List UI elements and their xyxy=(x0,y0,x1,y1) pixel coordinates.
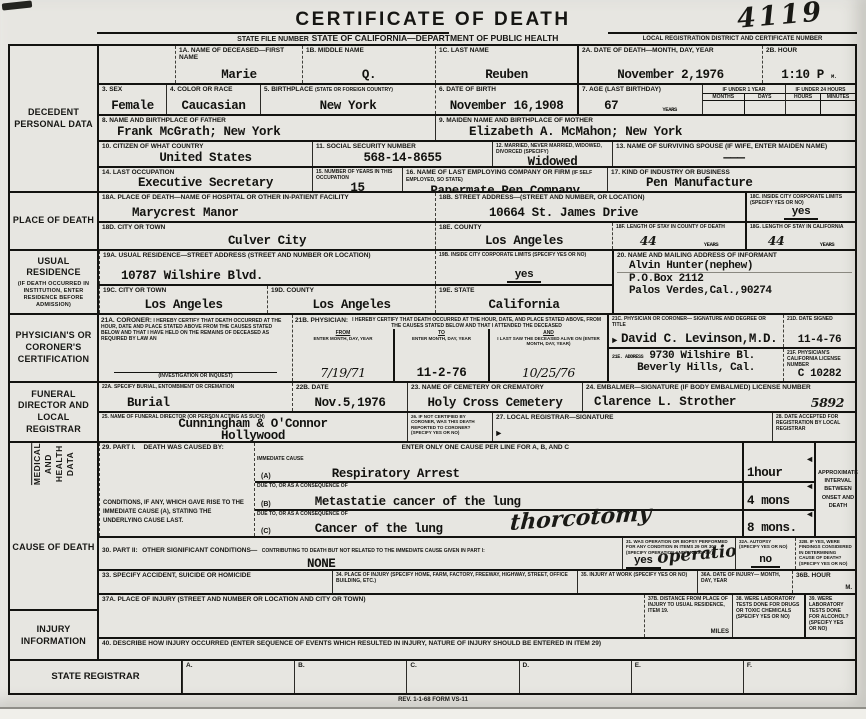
field-27-value: ► xyxy=(496,426,769,440)
field-7-value: 67YEARS xyxy=(582,99,699,113)
registrar-cell-b: B. xyxy=(294,661,406,693)
field-21d-label: 21D. DATE SIGNED xyxy=(787,316,852,322)
field-37a: 37A. PLACE OF INJURY (STREET AND NUMBER … xyxy=(99,595,644,637)
field-18g-value: 44YEARS xyxy=(750,233,852,248)
interval-note-text: APPROXIMATE INTERVAL BETWEEN ONSET AND D… xyxy=(818,469,858,510)
field-19d-value: Los Angeles xyxy=(271,298,432,312)
field-34: 34. PLACE OF INJURY (SPECIFY HOME, FARM,… xyxy=(332,571,577,593)
field-2b: 2B. HOUR1:10 P M. xyxy=(762,46,855,83)
field-36a-label: 36A. DATE OF INJURY— MONTH, DAY, YEAR xyxy=(701,572,789,584)
field-11-value: 568-14-8655 xyxy=(316,151,489,165)
field-18c-answer: yes xyxy=(784,206,819,220)
field-9-label: 9. MAIDEN NAME AND BIRTHPLACE OF MOTHER xyxy=(439,117,852,124)
part1-instruction: ENTER ONLY ONE CAUSE PER LINE FOR A, B, … xyxy=(232,444,739,451)
field-1c-label: 1C. LAST NAME xyxy=(439,47,574,54)
field-16-value: Papermate Pen Company xyxy=(406,184,604,191)
field-15-label: 15. NUMBER OF YEARS IN THIS OCCUPATION xyxy=(316,169,399,181)
registrar-cell-b-label: B. xyxy=(298,662,403,669)
under-24-hours-label: IF UNDER 24 HOURS xyxy=(786,85,855,94)
field-13-label: 13. NAME OF SURVIVING SPOUSE (IF WIFE, E… xyxy=(616,143,852,150)
registrar-signature-arrow-icon: ► xyxy=(496,429,501,439)
row-usual-residence: 19A. USUAL RESIDENCE—STREET ADDRESS (STR… xyxy=(99,249,855,313)
field-7-label: 7. AGE (LAST BIRTHDAY) xyxy=(582,86,699,93)
field-39: 39. WERE LABORATORY TESTS DONE FOR ALCOH… xyxy=(804,595,855,637)
field-27: 27. LOCAL REGISTRAR—SIGNATURE► xyxy=(492,413,772,441)
local-registration-label: LOCAL REGISTRATION DISTRICT AND CERTIFIC… xyxy=(608,32,857,42)
months-label: MONTHS xyxy=(703,94,744,101)
part1-caused-by: DEATH WAS CAUSED BY: xyxy=(143,444,223,451)
field-17-label: 17. KIND OF INDUSTRY OR BUSINESS xyxy=(611,169,852,176)
field-19e-value: California xyxy=(439,298,609,312)
field-3-label: 3. SEX xyxy=(102,86,163,93)
section-physician-certification: PHYSICIAN'S OR CORONER'S CERTIFICATION xyxy=(10,313,97,381)
field-7: 7. AGE (LAST BIRTHDAY)67YEARS xyxy=(577,85,702,114)
field-6-value: November 16,1908 xyxy=(439,99,574,113)
usual-residence-title: USUAL RESIDENCE xyxy=(12,256,95,279)
field-35: 35. INJURY AT WORK (SPECIFY YES OR NO) xyxy=(577,571,697,593)
field-28: 28. DATE ACCEPTED FOR REGISTRATION BY LO… xyxy=(772,413,855,441)
registrar-cell-a-label: A. xyxy=(186,662,291,669)
county-stay-value: 44 xyxy=(640,233,657,248)
field-18g-label: 18G. LENGTH OF STAY IN CALIFORNIA xyxy=(750,224,852,230)
field-21c-label: 21C. PHYSICIAN OR CORONER— SIGNATURE AND… xyxy=(612,316,780,328)
field-21d: 21D. DATE SIGNED11-4-76 xyxy=(783,315,855,347)
field-26: 26. IF NOT CERTIFIED BY CORONER, WAS THI… xyxy=(407,413,492,441)
signature-arrow-icon: ► xyxy=(612,337,617,346)
field-21e: 21E. ADDRESS 9730 Wilshire Bl. Beverly H… xyxy=(609,349,783,381)
field-22b-value: Nov.5,1976 xyxy=(296,396,404,410)
row-sex-race-birth: 3. SEXFemale 4. COLOR OR RACECaucasian 5… xyxy=(99,83,855,114)
field-5-label: 5. BIRTHPLACE (STATE OR FOREIGN COUNTRY) xyxy=(264,86,432,93)
field-21f-value: C 10282 xyxy=(787,368,852,380)
row-state-registrar: STATE REGISTRAR A. B. C. D. E. F. xyxy=(10,659,855,693)
field-21c: 21C. PHYSICIAN OR CORONER— SIGNATURE AND… xyxy=(609,315,783,347)
field-32b: 32B. IF YES, WERE FINDINGS CONSIDERED IN… xyxy=(795,538,855,569)
last-saw-label: I LAST SAW THE DECEASED ALIVE ON (ENTER … xyxy=(493,336,604,347)
field-3-value: Female xyxy=(102,99,163,113)
section-sidebar: DECEDENT PERSONAL DATA PLACE OF DEATH US… xyxy=(10,46,99,659)
field-9: 9. MAIDEN NAME AND BIRTHPLACE OF MOTHERE… xyxy=(435,116,855,140)
field-1b-value: Q. xyxy=(306,68,432,82)
minutes-cell: MINUTES xyxy=(821,94,855,114)
field-18a: 18A. PLACE OF DEATH—NAME OF HOSPITAL OR … xyxy=(99,193,435,221)
field-under-24-hours: IF UNDER 24 HOURS HOURS MINUTES xyxy=(785,85,855,114)
section-decedent-personal-data: DECEDENT PERSONAL DATA xyxy=(10,46,97,191)
field-21f: 21F. PHYSICIAN'S CALIFORNIA LICENSE NUMB… xyxy=(783,349,855,381)
row-certification: 21A. CORONER: I HEREBY CERTIFY THAT DEAT… xyxy=(99,313,855,381)
attended-to: TO ENTER MONTH, DAY, YEAR 11-2-76 xyxy=(393,329,488,381)
cause-c-tag: (C) xyxy=(261,528,271,535)
conditions-note: CONDITIONS, IF ANY, WHICH GAVE RISE TO T… xyxy=(99,443,254,536)
field-1c-value: Reuben xyxy=(439,68,574,82)
registrar-cell-c-label: C. xyxy=(410,662,515,669)
field-9-value: Elizabeth A. McMahon; New York xyxy=(439,125,852,139)
field-18f-value: 44YEARS xyxy=(616,233,742,248)
field-19d: 19D. COUNTYLos Angeles xyxy=(267,286,435,313)
row-occupation: 14. LAST OCCUPATIONExecutive Secretary 1… xyxy=(99,166,855,191)
field-30-value: NONE xyxy=(307,557,619,569)
field-40-label: 40. DESCRIBE HOW INJURY OCCURRED (ENTER … xyxy=(102,640,852,647)
field-38: 38. WERE LABORATORY TESTS DONE FOR DRUGS… xyxy=(732,595,804,637)
field-2a-value: November 2,1976 xyxy=(582,68,759,82)
signature-block: 21C. PHYSICIAN OR CORONER— SIGNATURE AND… xyxy=(607,315,855,381)
interval-arrow-a-icon: ◄ xyxy=(805,455,814,464)
state-registrar-label: STATE REGISTRAR xyxy=(10,661,182,693)
usual-residence-note: (IF DEATH OCCURRED IN INSTITUTION, ENTER… xyxy=(12,281,95,309)
due-to-label-b: DUE TO, OR AS A CONSEQUENCE OF xyxy=(257,483,740,489)
field-32a-value: no xyxy=(739,554,792,568)
field-2b-value: 1:10 P M. xyxy=(766,68,852,82)
field-6-label: 6. DATE OF BIRTH xyxy=(439,86,574,93)
field-36b-meridiem: M. xyxy=(845,585,852,591)
interval-b-value: 4 mons xyxy=(747,494,790,508)
under-1-year-cells: MONTHS DAYS xyxy=(703,94,785,114)
under-24-hours-cells: HOURS MINUTES xyxy=(786,94,855,114)
field-18b-label: 18B. STREET ADDRESS—(STREET AND NUMBER, … xyxy=(439,194,742,201)
medical-health-data-vertical-label: MEDICAL AND HEALTH DATA xyxy=(31,443,76,485)
field-17-value: Pen Manufacture xyxy=(611,176,852,190)
field-21a: 21A. CORONER: I HEREBY CERTIFY THAT DEAT… xyxy=(99,315,292,381)
part2-label: OTHER SIGNIFICANT CONDITIONS— xyxy=(142,547,257,554)
row-name-and-date: 1A. NAME OF DECEASED—FIRST NAMEMarie 1B.… xyxy=(99,46,855,83)
field-21b: 21B. PHYSICIAN: I HEREBY CERTIFY THAT DE… xyxy=(292,315,607,381)
cause-a-entry: (A)Respiratory Arrest xyxy=(257,467,740,481)
field-22b: 22B. DATENov.5,1976 xyxy=(292,383,407,411)
field-19b: 19B. INSIDE CITY CORPORATE LIMITS (SPECI… xyxy=(435,251,612,284)
field-18e-value: Los Angeles xyxy=(439,234,609,248)
field-19e-label: 19E. STATE xyxy=(439,287,609,294)
under-1-year-label: IF UNDER 1 YEAR xyxy=(703,85,785,94)
part2-number: 30. PART II: xyxy=(102,547,138,554)
field-8-label: 8. NAME AND BIRTHPLACE OF FATHER xyxy=(102,117,432,124)
field-14-label: 14. LAST OCCUPATION xyxy=(102,169,309,176)
field-22a: 22A. SPECIFY BURIAL, ENTOMBMENT OR CREMA… xyxy=(99,383,292,411)
field-18g: 18G. LENGTH OF STAY IN CALIFORNIA44YEARS xyxy=(745,223,855,249)
field-22a-label: 22A. SPECIFY BURIAL, ENTOMBMENT OR CREMA… xyxy=(102,384,289,390)
field-36b: 36B. HOURM. xyxy=(792,571,855,593)
due-to-label-c: DUE TO, OR AS A CONSEQUENCE OF xyxy=(257,511,740,517)
ca-stay-unit: YEARS xyxy=(820,241,835,248)
field-36b-label: 36B. HOUR xyxy=(796,572,852,579)
field-19a-value: 10787 Wilshire Blvd. xyxy=(103,269,432,283)
field-37b-unit: MILES xyxy=(711,629,729,635)
field-32b-label: 32B. IF YES, WERE FINDINGS CONSIDERED IN… xyxy=(799,539,852,566)
field-2a: 2A. DATE OF DEATH—MONTH, DAY, YEARNovemb… xyxy=(577,46,762,83)
inquest-line-group: (INVESTIGATION OR INQUEST) xyxy=(101,372,290,379)
informant-address-1: P.O.Box 2112 xyxy=(617,273,852,285)
last-saw-alive: AND I LAST SAW THE DECEASED ALIVE ON (EN… xyxy=(488,329,607,381)
field-22a-value: Burial xyxy=(102,396,289,410)
row-cause-of-death: 29. PART I. DEATH WAS CAUSED BY: ENTER O… xyxy=(99,441,855,536)
field-20-label: 20. NAME AND MAILING ADDRESS OF INFORMAN… xyxy=(617,252,852,259)
field-23-label: 23. NAME OF CEMETERY OR CREMATORY xyxy=(411,384,579,391)
field-1a-value: Marie xyxy=(179,68,299,82)
form-revision-footer: REV. 1-1-68 FORM VS-11 xyxy=(0,697,866,703)
field-10-value: United States xyxy=(102,151,309,165)
field-11-label: 11. SOCIAL SECURITY NUMBER xyxy=(316,143,489,150)
interval-c-value: 8 mons. xyxy=(747,521,797,535)
part1-number: 29. PART I. xyxy=(102,444,135,451)
age-unit: YEARS xyxy=(662,106,677,113)
field-15: 15. NUMBER OF YEARS IN THIS OCCUPATION15 xyxy=(312,168,402,191)
section-place-of-death: PLACE OF DEATH xyxy=(10,191,97,249)
attended-dates: FROM ENTER MONTH, DAY, YEAR 7/19/71 TO E… xyxy=(293,329,607,381)
field-33: 33. SPECIFY ACCIDENT, SUICIDE OR HOMICID… xyxy=(99,571,332,593)
field-1a-label: 1A. NAME OF DECEASED—FIRST NAME xyxy=(179,47,299,62)
field-24-label: 24. EMBALMER—SIGNATURE (IF BODY EMBALMED… xyxy=(586,384,852,391)
row-injury-2: 37A. PLACE OF INJURY (STREET AND NUMBER … xyxy=(99,593,855,637)
part2-labels: 30. PART II: OTHER SIGNIFICANT CONDITION… xyxy=(102,539,619,557)
months-cell: MONTHS xyxy=(703,94,745,114)
row-funeral-director: 25. NAME OF FUNERAL DIRECTOR (OR PERSON … xyxy=(99,411,855,441)
hours-cell: HOURS xyxy=(786,94,821,114)
residence-row-1: 19A. USUAL RESIDENCE—STREET ADDRESS (STR… xyxy=(99,251,612,284)
cause-line-b: DUE TO, OR AS A CONSEQUENCE OF (B)Metast… xyxy=(255,483,742,510)
field-10-label: 10. CITIZEN OF WHAT COUNTRY xyxy=(102,143,309,150)
field-27-label: 27. LOCAL REGISTRAR—SIGNATURE xyxy=(496,414,769,421)
hour-value: 1:10 P xyxy=(781,68,824,82)
part1-header: 29. PART I. DEATH WAS CAUSED BY: ENTER O… xyxy=(102,444,739,451)
field-24-value: Clarence L. Strother5892 xyxy=(586,395,852,410)
cause-lines: IMMEDIATE CAUSE (A)Respiratory Arrest DU… xyxy=(254,443,742,536)
field-2a-label: 2A. DATE OF DEATH—MONTH, DAY, YEAR xyxy=(582,47,759,54)
death-certificate-form: DECEDENT PERSONAL DATA PLACE OF DEATH US… xyxy=(8,44,857,695)
ca-stay-value: 44 xyxy=(768,233,785,248)
field-12-label: 12. MARRIED, NEVER MARRIED, WIDOWED, DIV… xyxy=(496,143,609,155)
field-32a: 32A. AUTOPSY (SPECIFY YES OR NO)no xyxy=(735,538,795,569)
field-38-label: 38. WERE LABORATORY TESTS DONE FOR DRUGS… xyxy=(736,596,801,620)
state-subtitle: STATE OF CALIFORNIA—DEPARTMENT OF PUBLIC… xyxy=(300,33,570,43)
field-21e-label: 21E. ADDRESS xyxy=(612,354,643,360)
field-18a-label: 18A. PLACE OF DEATH—NAME OF HOSPITAL OR … xyxy=(102,194,432,201)
field-4: 4. COLOR OR RACECaucasian xyxy=(166,85,260,114)
embalmer-signature: Clarence L. Strother xyxy=(594,395,736,410)
days-cell: DAYS xyxy=(745,94,786,114)
embalmer-license-number: 5892 xyxy=(811,395,844,410)
informant-name: Alvin Hunter(nephew) xyxy=(617,260,852,273)
immediate-cause-label: IMMEDIATE CAUSE xyxy=(257,456,740,462)
field-18c: 18C. INSIDE CITY CORPORATE LIMITS (SPECI… xyxy=(745,193,855,221)
field-19c-value: Los Angeles xyxy=(103,298,264,312)
field-37a-label: 37A. PLACE OF INJURY (STREET AND NUMBER … xyxy=(102,596,641,603)
hours-label: HOURS xyxy=(786,94,820,101)
field-18f-label: 18F. LENGTH OF STAY IN COUNTY OF DEATH xyxy=(616,224,742,230)
cause-c-entry: (C)Cancer of the lung xyxy=(257,522,740,536)
signature-row-1: 21C. PHYSICIAN OR CORONER— SIGNATURE AND… xyxy=(609,315,855,347)
field-18b-value: 10664 St. James Drive xyxy=(439,206,742,220)
scan-bottom-edge xyxy=(0,707,866,719)
field-21e-line1: 21E. ADDRESS 9730 Wilshire Bl. xyxy=(612,350,780,362)
attended-from: FROM ENTER MONTH, DAY, YEAR 7/19/71 xyxy=(293,329,393,381)
field-33-label: 33. SPECIFY ACCIDENT, SUICIDE OR HOMICID… xyxy=(102,572,329,579)
field-5-sublabel: (STATE OR FOREIGN COUNTRY) xyxy=(315,87,393,93)
field-18d-label: 18D. CITY OR TOWN xyxy=(102,224,432,231)
physician-address-1: 9730 Wilshire Bl. xyxy=(649,350,754,362)
field-35-label: 35. INJURY AT WORK (SPECIFY YES OR NO) xyxy=(581,572,694,578)
field-19b-label: 19B. INSIDE CITY CORPORATE LIMITS (SPECI… xyxy=(439,252,609,258)
field-18e-label: 18E. COUNTY xyxy=(439,224,609,231)
field-2b-label: 2B. HOUR xyxy=(766,47,852,54)
field-5-value: New York xyxy=(264,99,432,113)
field-31: 31. WAS OPERATION OR BIOPSY PERFORMED FO… xyxy=(622,538,735,569)
field-37b: 37B. DISTANCE FROM PLACE OF INJURY TO US… xyxy=(644,595,732,637)
field-19a: 19A. USUAL RESIDENCE—STREET ADDRESS (STR… xyxy=(99,251,435,284)
physician-certify-text: 21B. PHYSICIAN: I HEREBY CERTIFY THAT DE… xyxy=(293,315,607,329)
field-31-answer: yes xyxy=(626,555,661,569)
field-19b-answer: yes xyxy=(507,269,542,283)
field-1c: 1C. LAST NAMEReuben xyxy=(435,46,577,83)
medical-subsections: CAUSE OF DEATH INJURY INFORMATION xyxy=(10,485,97,659)
field-15-value: 15 xyxy=(316,181,399,191)
field-17: 17. KIND OF INDUSTRY OR BUSINESSPen Manu… xyxy=(607,168,855,191)
registrar-cell-e-label: E. xyxy=(635,662,740,669)
field-18a-value: Marycrest Manor xyxy=(102,206,432,220)
row-burial: 22A. SPECIFY BURIAL, ENTOMBMENT OR CREMA… xyxy=(99,381,855,411)
state-file-number-box xyxy=(99,46,175,83)
field-19b-value: yes xyxy=(439,269,609,283)
field-18e: 18E. COUNTYLos Angeles xyxy=(435,223,612,249)
interval-arrow-c-icon: ◄ xyxy=(805,510,814,519)
cause-b-value: Metastatie cancer of the lung xyxy=(315,495,521,509)
cause-line-a: IMMEDIATE CAUSE (A)Respiratory Arrest xyxy=(255,456,742,483)
field-10: 10. CITIZEN OF WHAT COUNTRYUnited States xyxy=(99,142,312,166)
field-28-label: 28. DATE ACCEPTED FOR REGISTRATION BY LO… xyxy=(776,414,852,432)
interval-c: ◄8 mons. xyxy=(744,511,814,536)
row-part2: 30. PART II: OTHER SIGNIFICANT CONDITION… xyxy=(99,536,855,569)
field-13: 13. NAME OF SURVIVING SPOUSE (IF WIFE, E… xyxy=(612,142,855,166)
field-12-value: Widowed xyxy=(496,155,609,166)
registrar-cell-f-label: F. xyxy=(747,662,852,669)
field-21b-number: 21B. PHYSICIAN: xyxy=(295,317,348,329)
field-37b-label: 37B. DISTANCE FROM PLACE OF INJURY TO US… xyxy=(648,596,729,614)
field-36a: 36A. DATE OF INJURY— MONTH, DAY, YEAR xyxy=(697,571,792,593)
cause-line-c: DUE TO, OR AS A CONSEQUENCE OF (C)Cancer… xyxy=(255,511,742,536)
field-11: 11. SOCIAL SECURITY NUMBER568-14-8655 xyxy=(312,142,492,166)
conditions-note-text: CONDITIONS, IF ANY, WHICH GAVE RISE TO T… xyxy=(103,499,251,526)
field-1b: 1B. MIDDLE NAMEQ. xyxy=(302,46,435,83)
field-21a-footer: (INVESTIGATION OR INQUEST) xyxy=(101,373,290,379)
interval-column: ◄1hour ◄4 mons ◄8 mons. xyxy=(742,443,814,536)
field-21b-text: I HEREBY CERTIFY THAT DEATH OCCURRED AT … xyxy=(348,317,605,329)
field-18b: 18B. STREET ADDRESS—(STREET AND NUMBER, … xyxy=(435,193,745,221)
days-label: DAYS xyxy=(745,94,786,101)
registrar-cell-f: F. xyxy=(743,661,855,693)
cause-c-value: Cancer of the lung xyxy=(315,522,443,536)
field-13-value: ——— xyxy=(616,151,852,165)
row-citizen-ssn: 10. CITIZEN OF WHAT COUNTRYUnited States… xyxy=(99,140,855,166)
residence-row-2: 19C. CITY OR TOWNLos Angeles 19D. COUNTY… xyxy=(99,284,612,313)
row-parents: 8. NAME AND BIRTHPLACE OF FATHERFrank Mc… xyxy=(99,114,855,140)
field-3: 3. SEXFemale xyxy=(99,85,166,114)
hour-meridiem: M. xyxy=(831,73,837,80)
section-funeral-director: FUNERAL DIRECTOR AND LOCAL REGISTRAR xyxy=(10,381,97,441)
age-value: 67 xyxy=(604,99,618,113)
field-18d-value: Culver City xyxy=(102,234,432,248)
section-cause-of-death: CAUSE OF DEATH xyxy=(10,485,97,611)
field-4-label: 4. COLOR OR RACE xyxy=(170,86,257,93)
field-8-value: Frank McGrath; New York xyxy=(102,125,432,139)
field-18d: 18D. CITY OR TOWNCulver City xyxy=(99,223,435,249)
row-place-of-death-1: 18A. PLACE OF DEATH—NAME OF HOSPITAL OR … xyxy=(99,191,855,221)
cause-b-tag: (B) xyxy=(261,501,271,508)
field-34-label: 34. PLACE OF INJURY (SPECIFY HOME, FARM,… xyxy=(336,572,574,584)
from-enter-label: ENTER MONTH, DAY, YEAR xyxy=(313,336,372,341)
cause-b-entry: (B)Metastatie cancer of the lung xyxy=(257,495,740,509)
to-value: 11-2-76 xyxy=(417,366,467,380)
form-grid: 1A. NAME OF DECEASED—FIRST NAMEMarie 1B.… xyxy=(99,46,855,659)
field-23-value: Holy Cross Cemetery xyxy=(411,396,579,410)
field-19d-label: 19D. COUNTY xyxy=(271,287,432,294)
usual-residence-block: 19A. USUAL RESIDENCE—STREET ADDRESS (STR… xyxy=(99,251,612,313)
field-19c: 19C. CITY OR TOWNLos Angeles xyxy=(99,286,267,313)
interval-b: ◄4 mons xyxy=(744,483,814,510)
field-32a-label: 32A. AUTOPSY (SPECIFY YES OR NO) xyxy=(739,539,792,550)
interval-arrow-b-icon: ◄ xyxy=(805,482,814,491)
field-19c-label: 19C. CITY OR TOWN xyxy=(103,287,264,294)
field-21a-number: 21A. CORONER: xyxy=(101,317,152,324)
cause-a-value: Respiratory Arrest xyxy=(332,467,460,481)
field-25: 25. NAME OF FUNERAL DIRECTOR (OR PERSON … xyxy=(99,413,407,441)
field-25-label: 25. NAME OF FUNERAL DIRECTOR (OR PERSON … xyxy=(102,414,404,420)
field-6: 6. DATE OF BIRTHNovember 16,1908 xyxy=(435,85,577,114)
field-20: 20. NAME AND MAILING ADDRESS OF INFORMAN… xyxy=(612,251,855,313)
minutes-label: MINUTES xyxy=(821,94,855,101)
registrar-cell-e: E. xyxy=(631,661,743,693)
field-22b-label: 22B. DATE xyxy=(296,384,404,391)
field-24: 24. EMBALMER—SIGNATURE (IF BODY EMBALMED… xyxy=(582,383,855,411)
section-usual-residence: USUAL RESIDENCE (IF DEATH OCCURRED IN IN… xyxy=(10,249,97,313)
row-place-of-death-2: 18D. CITY OR TOWNCulver City 18E. COUNTY… xyxy=(99,221,855,249)
last-saw-value: 10/25/76 xyxy=(522,365,575,380)
informant-address-2: Palos Verdes,Cal.,90274 xyxy=(617,285,852,297)
field-32a-answer: no xyxy=(751,554,779,568)
interval-note-box: APPROXIMATE INTERVAL BETWEEN ONSET AND D… xyxy=(814,443,860,536)
field-39-label: 39. WERE LABORATORY TESTS DONE FOR ALCOH… xyxy=(809,596,852,632)
interval-a: ◄1hour xyxy=(744,456,814,483)
row-injury-1: 33. SPECIFY ACCIDENT, SUICIDE OR HOMICID… xyxy=(99,569,855,593)
field-40: 40. DESCRIBE HOW INJURY OCCURRED (ENTER … xyxy=(99,639,855,659)
registrar-cell-a: A. xyxy=(182,661,294,693)
field-18f: 18F. LENGTH OF STAY IN COUNTY OF DEATH44… xyxy=(612,223,745,249)
row-describe-injury: 40. DESCRIBE HOW INJURY OCCURRED (ENTER … xyxy=(99,637,855,659)
field-14-value: Executive Secretary xyxy=(102,176,309,190)
field-1a: 1A. NAME OF DECEASED—FIRST NAMEMarie xyxy=(175,46,302,83)
field-under-1-year: IF UNDER 1 YEAR MONTHS DAYS xyxy=(702,85,785,114)
registrar-cell-d: D. xyxy=(519,661,631,693)
field-19a-label: 19A. USUAL RESIDENCE—STREET ADDRESS (STR… xyxy=(103,252,432,259)
physician-signature: David C. Levinson,M.D. xyxy=(621,332,777,346)
field-21f-label: 21F. PHYSICIAN'S CALIFORNIA LICENSE NUMB… xyxy=(787,350,852,368)
section-medical-health-data: MEDICAL AND HEALTH DATA CAUSE OF DEATH I… xyxy=(10,441,97,659)
field-19e: 19E. STATECalifornia xyxy=(435,286,612,313)
field-23: 23. NAME OF CEMETERY OR CREMATORYHoly Cr… xyxy=(407,383,582,411)
field-8: 8. NAME AND BIRTHPLACE OF FATHERFrank Mc… xyxy=(99,116,435,140)
field-18c-label: 18C. INSIDE CITY CORPORATE LIMITS (SPECI… xyxy=(750,194,852,206)
field-5: 5. BIRTHPLACE (STATE OR FOREIGN COUNTRY)… xyxy=(260,85,435,114)
field-1b-label: 1B. MIDDLE NAME xyxy=(306,47,432,54)
registrar-cell-d-label: D. xyxy=(523,662,628,669)
physician-address-2: Beverly Hills, Cal. xyxy=(612,362,780,374)
section-injury-information: INJURY INFORMATION xyxy=(10,611,97,659)
signature-row-2: 21E. ADDRESS 9730 Wilshire Bl. Beverly H… xyxy=(609,347,855,381)
field-16-label: 16. NAME OF LAST EMPLOYING COMPANY OR FI… xyxy=(406,169,604,184)
county-stay-unit: YEARS xyxy=(704,241,719,248)
from-value: 7/19/71 xyxy=(320,365,365,380)
field-12: 12. MARRIED, NEVER MARRIED, WIDOWED, DIV… xyxy=(492,142,612,166)
field-14: 14. LAST OCCUPATIONExecutive Secretary xyxy=(99,168,312,191)
part2-sublabel: CONTRIBUTING TO DEATH BUT NOT RELATED TO… xyxy=(262,548,485,554)
cause-a-tag: (A) xyxy=(261,473,271,480)
